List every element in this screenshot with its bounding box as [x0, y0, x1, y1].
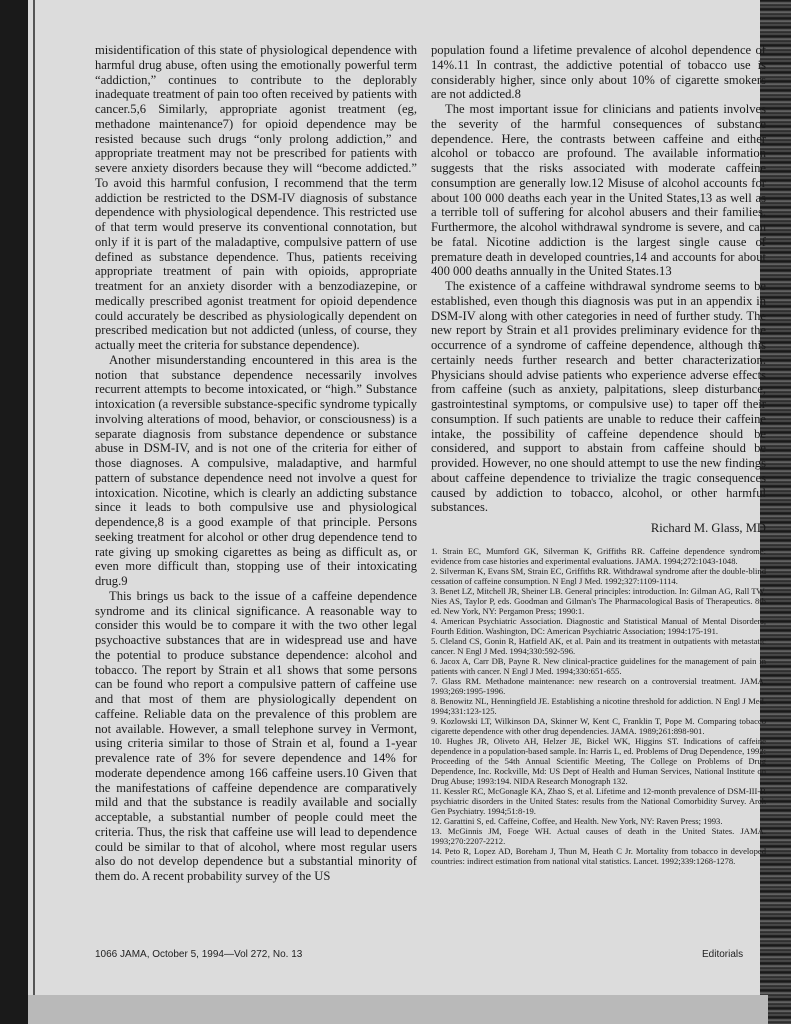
reference-item: 9. Kozlowski LT, Wilkinson DA, Skinner W…	[431, 716, 766, 736]
body-paragraph: The most important issue for clinicians …	[431, 102, 766, 279]
reference-item: 4. American Psychiatric Association. Dia…	[431, 616, 766, 636]
reference-item: 6. Jacox A, Carr DB, Payne R. New clinic…	[431, 656, 766, 676]
body-paragraph: Another misunderstanding encountered in …	[95, 353, 417, 589]
reference-item: 12. Garattini S, ed. Caffeine, Coffee, a…	[431, 816, 766, 826]
reference-item: 7. Glass RM. Methadone maintenance: new …	[431, 676, 766, 696]
page-footer-section: Editorials	[702, 949, 743, 960]
reference-item: 10. Hughes JR, Oliveto AH, Helzer JE, Bi…	[431, 736, 766, 786]
references-list: 1. Strain EC, Mumford GK, Silverman K, G…	[431, 546, 766, 866]
author-signature: Richard M. Glass, MD	[431, 521, 766, 536]
scan-left-border	[33, 0, 35, 1024]
reference-item: 1. Strain EC, Mumford GK, Silverman K, G…	[431, 546, 766, 566]
right-column: population found a lifetime prevalence o…	[431, 43, 766, 866]
reference-item: 14. Peto R, Lopez AD, Boreham J, Thun M,…	[431, 846, 766, 866]
reference-item: 8. Benowitz NL, Henningfield JE. Establi…	[431, 696, 766, 716]
reference-item: 13. McGinnis JM, Foege WH. Actual causes…	[431, 826, 766, 846]
left-column: misidentification of this state of physi…	[95, 43, 417, 884]
body-paragraph: population found a lifetime prevalence o…	[431, 43, 766, 102]
body-paragraph: misidentification of this state of physi…	[95, 43, 417, 353]
page-footer-citation: 1066 JAMA, October 5, 1994—Vol 272, No. …	[95, 949, 302, 960]
reference-item: 2. Silverman K, Evans SM, Strain EC, Gri…	[431, 566, 766, 586]
body-paragraph: This brings us back to the issue of a ca…	[95, 589, 417, 884]
scan-bottom-edge	[28, 995, 768, 1024]
reference-item: 3. Benet LZ, Mitchell JR, Sheiner LB. Ge…	[431, 586, 766, 616]
body-paragraph: The existence of a caffeine withdrawal s…	[431, 279, 766, 515]
reference-item: 5. Cleland CS, Gonin R, Hatfield AK, et …	[431, 636, 766, 656]
reference-item: 11. Kessler RC, McGonagle KA, Zhao S, et…	[431, 786, 766, 816]
